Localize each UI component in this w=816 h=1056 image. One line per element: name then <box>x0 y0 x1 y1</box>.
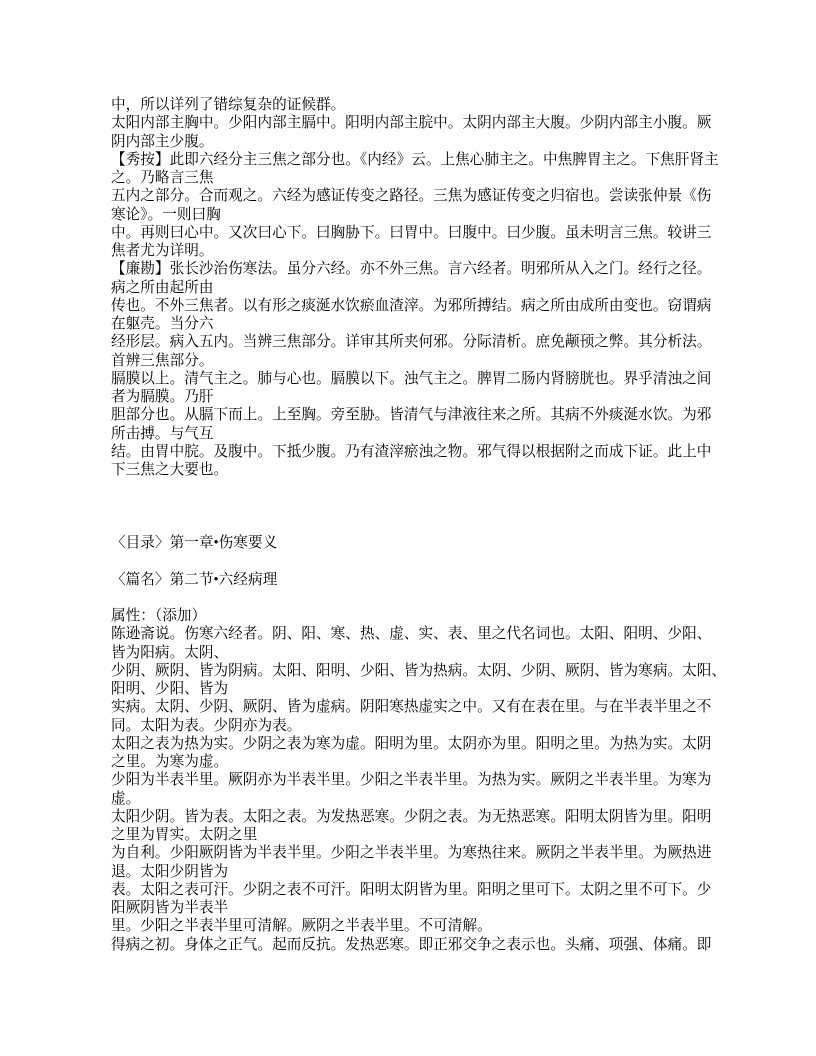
paragraph-block-attributes: 属性：（添加） 陈逊斋说。伤寒六经者。阴、阳、寒、热、虚、实、表、里之代名词也。… <box>111 607 771 954</box>
text-line: 表。太阳之表可汗。少阴之表不可汗。阳明太阴皆为里。阳明之里可下。太阴之里不可下。… <box>111 881 771 899</box>
text-line: 皆为阳病。太阴、 <box>111 644 771 662</box>
document-text: 中，所以详列了错综复杂的证候群。 太阳内部主胸中。少阳内部主膈中。阳明内部主脘中… <box>111 96 771 954</box>
text-line: 之里。为寒为虚。 <box>111 753 771 771</box>
text-line: 退。太阳少阴皆为 <box>111 863 771 881</box>
text-line: 寒论》。一则曰胸 <box>111 206 771 224</box>
text-line: 阴内部主少腹。 <box>111 133 771 151</box>
text-line: 之。乃略言三焦 <box>111 169 771 187</box>
text-line: 病之所由起所由 <box>111 279 771 297</box>
text-line: 传也。不外三焦者。以有形之痰涎水饮瘀血渣滓。为邪所搏结。病之所由成所由变也。窃谓… <box>111 297 771 315</box>
text-line: 中，所以详列了错综复杂的证候群。 <box>111 96 771 114</box>
text-line: 少阳为半表半里。厥阴亦为半表半里。少阳之半表半里。为热为实。厥阴之半表半里。为寒… <box>111 771 771 789</box>
text-line: 首辨三焦部分。 <box>111 352 771 370</box>
text-line: 结。由胃中脘。及腹中。下抵少腹。乃有渣滓瘀浊之物。邪气得以根据附之而成下证。此上… <box>111 443 771 461</box>
document-page: 中，所以详列了错综复杂的证候群。 太阳内部主胸中。少阳内部主膈中。阳明内部主脘中… <box>0 0 816 1056</box>
text-line: 下三焦之大要也。 <box>111 461 771 479</box>
toc-heading: 〈目录〉第一章•伤寒要义 <box>111 534 771 552</box>
text-line: 同。太阳为表。少阴亦为表。 <box>111 717 771 735</box>
text-line: 五内之部分。合而观之。六经为感证传变之路径。三焦为感证传变之归宿也。尝读张仲景《… <box>111 187 771 205</box>
text-line: 在躯壳。当分六 <box>111 315 771 333</box>
text-line: 里。少阳之半表半里可清解。厥阴之半表半里。不可清解。 <box>111 917 771 935</box>
text-line: 陈逊斋说。伤寒六经者。阴、阳、寒、热、虚、实、表、里之代名词也。太阳、阳明、少阳… <box>111 625 771 643</box>
text-line: 阳厥阴皆为半表半 <box>111 899 771 917</box>
text-line: 焦者尤为详明。 <box>111 242 771 260</box>
text-line: 之里为胃实。太阴之里 <box>111 826 771 844</box>
text-line: 太阳内部主胸中。少阳内部主膈中。阳明内部主脘中。太阴内部主大腹。少阴内部主小腹。… <box>111 114 771 132</box>
text-line: 中。再则曰心中。又次曰心下。曰胸胁下。曰胃中。曰腹中。曰少腹。虽未明言三焦。较讲… <box>111 224 771 242</box>
text-line: 实病。太阴、少阴、厥阴、皆为虚病。阴阳寒热虚实之中。又有在表在里。与在半表半里之… <box>111 698 771 716</box>
section-heading: 〈篇名〉第二节•六经病理 <box>111 571 771 589</box>
text-line: 胆部分也。从膈下而上。上至胸。旁至胁。皆清气与津液往来之所。其病不外痰涎水饮。为… <box>111 406 771 424</box>
text-line: 经形层。病入五内。当辨三焦部分。详审其所夹何邪。分际清析。庶免颟顸之弊。其分析法… <box>111 333 771 351</box>
text-line: 【秀按】此即六经分主三焦之部分也。《内经》云。上焦心肺主之。中焦脾胃主之。下焦肝… <box>111 151 771 169</box>
text-line: 得病之初。身体之正气。起而反抗。发热恶寒。即正邪交争之表示也。头痛、项强、体痛。… <box>111 936 771 954</box>
text-line: 膈膜以上。清气主之。肺与心也。膈膜以下。浊气主之。脾胃二肠内肾膀胱也。界乎清浊之… <box>111 370 771 388</box>
text-line: 所击搏。与气互 <box>111 425 771 443</box>
text-line: 太阳少阴。皆为表。太阳之表。为发热恶寒。少阴之表。为无热恶寒。阳明太阴皆为里。阳… <box>111 808 771 826</box>
attribute-label-line: 属性：（添加） <box>111 607 771 625</box>
text-line: 虚。 <box>111 790 771 808</box>
text-line: 太阳之表为热为实。少阴之表为寒为虚。阳明为里。太阴亦为里。阳明之里。为热为实。太… <box>111 735 771 753</box>
text-line: 少阴、厥阴、皆为阴病。太阳、阳明、少阳、皆为热病。太阴、少阴、厥阴、皆为寒病。太… <box>111 662 771 680</box>
text-line: 为自利。少阳厥阴皆为半表半里。少阳之半表半里。为寒热往来。厥阴之半表半里。为厥热… <box>111 844 771 862</box>
text-line: 阳明、少阳、皆为 <box>111 680 771 698</box>
paragraph-block-top: 中，所以详列了错综复杂的证候群。 太阳内部主胸中。少阳内部主膈中。阳明内部主脘中… <box>111 96 771 479</box>
text-line: 者为膈膜。乃肝 <box>111 388 771 406</box>
text-line: 【廉勘】张长沙治伤寒法。虽分六经。亦不外三焦。言六经者。明邪所从入之门。经行之径… <box>111 260 771 278</box>
